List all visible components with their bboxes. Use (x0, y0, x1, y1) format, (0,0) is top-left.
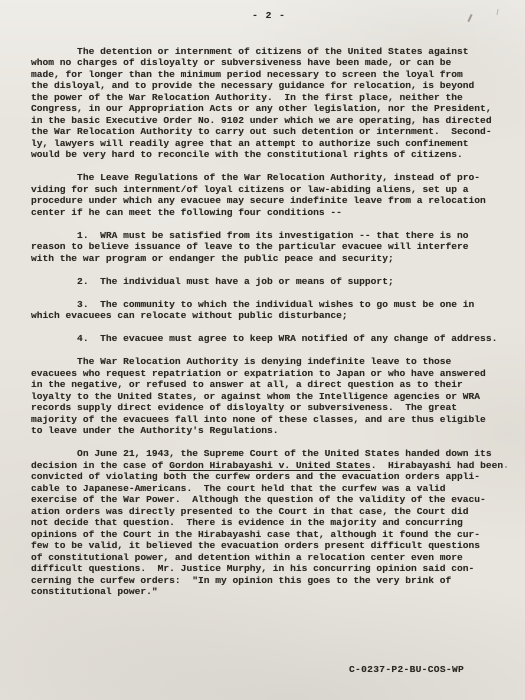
case-citation: Gordon Hirabayashi v. United States (169, 460, 371, 471)
paragraph-leave-regulations: The Leave Regulations of the War Relocat… (31, 172, 507, 218)
page-number: - 2 - (31, 10, 507, 22)
paragraph-hirabayashi: On June 21, 1943, the Supreme Court of t… (31, 448, 507, 598)
condition-2: 2. The individual must have a job or mea… (31, 276, 507, 288)
condition-3: 3. The community to which the individual… (31, 299, 507, 322)
condition-1: 1. WRA must be satisfied from its invest… (31, 230, 507, 265)
condition-4: 4. The evacuee must agree to keep WRA no… (31, 333, 507, 345)
paragraph-detention: The detention or internment of citizens … (31, 46, 507, 161)
hirabayashi-text-after: . Hirabayashi had been convicted of viol… (31, 460, 503, 598)
scan-speck (505, 466, 507, 468)
document-code: C-0237-P2-BU-COS-WP (349, 664, 464, 676)
paragraph-denial: The War Relocation Authority is denying … (31, 356, 507, 437)
document-page: - 2 - The detention or internment of cit… (0, 0, 525, 700)
